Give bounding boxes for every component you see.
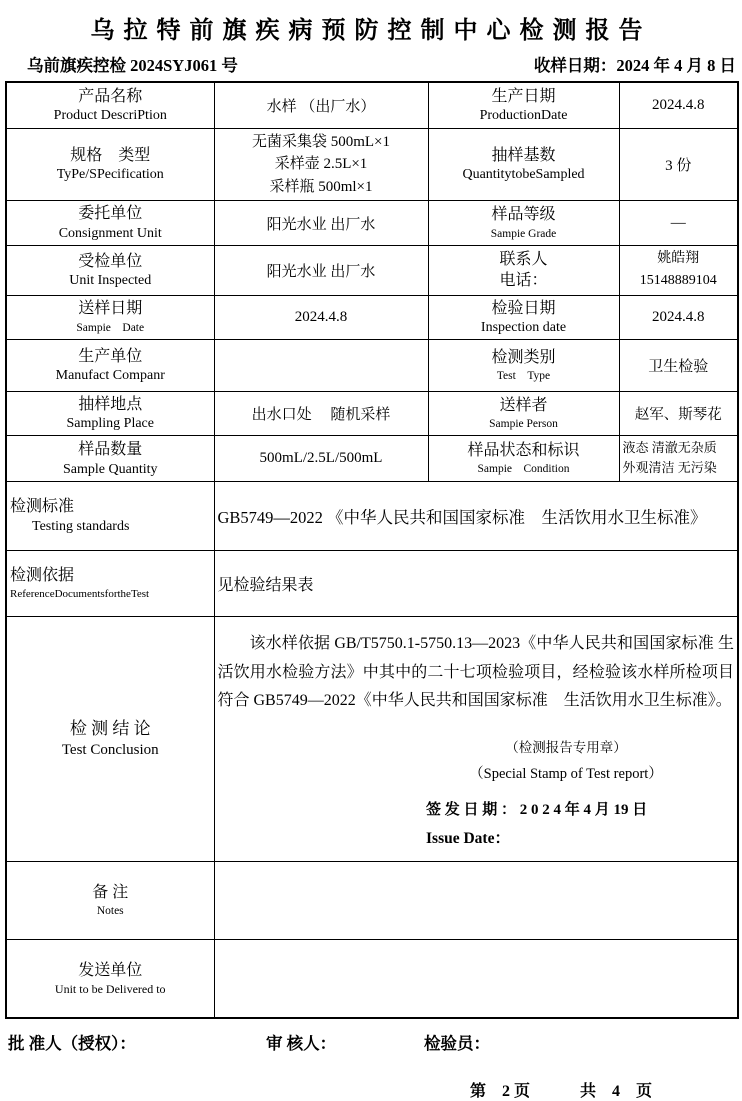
consignment-label-zh: 委托单位 [10, 203, 211, 225]
reference-label-en: ReferenceDocumentsfortheTest [10, 587, 211, 602]
sampling-place-label-en: Sampling Place [10, 415, 211, 433]
notes-label-cell: 备 注 Notes [6, 861, 214, 939]
inspection-date-label-en: Inspection date [432, 319, 616, 337]
page-number: 第 2 页 [470, 1078, 530, 1101]
test-type-label-cell: 检测类别 Test Type [428, 339, 619, 391]
consignment-value: 阳光水业 出厂水 [214, 201, 428, 246]
contact-label-zh: 联系人 [432, 249, 616, 271]
reference-label-zh: 检测依据 [10, 565, 211, 587]
report-table: 产品名称 Product DescriPtion 水样 （出厂水） 生产日期 P… [5, 81, 739, 1019]
table-row: 委托单位 Consignment Unit 阳光水业 出厂水 样品等级 Samp… [6, 201, 738, 246]
conclusion-label-cell: 检 测 结 论 Test Conclusion [6, 616, 214, 861]
notes-label-en: Notes [10, 903, 211, 919]
manufacturer-label-zh: 生产单位 [10, 346, 211, 368]
sample-base-label-cell: 抽样基数 QuantitytobeSampled [428, 128, 619, 201]
table-row: 受检单位 Unit Inspected 阳光水业 出厂水 联系人 电话： 姚皓翔… [6, 246, 738, 296]
spec-type-label-en: TyPe/SPecification [10, 166, 211, 184]
sample-grade-label-en: Sampie Grade [432, 226, 616, 242]
reference-value: 见检验结果表 [214, 550, 738, 616]
sample-quantity-label-zh: 样品数量 [10, 439, 211, 461]
consignment-label-cell: 委托单位 Consignment Unit [6, 201, 214, 246]
testing-standards-value: GB5749—2022 《中华人民共和国国家标准 生活饮用水卫生标准》 [214, 481, 738, 550]
table-row: 产品名称 Product DescriPtion 水样 （出厂水） 生产日期 P… [6, 82, 738, 128]
production-date-value: 2024.4.8 [619, 82, 738, 128]
test-type-value: 卫生检验 [619, 339, 738, 391]
conclusion-label-zh: 检 测 结 论 [10, 718, 211, 741]
sample-person-label-zh: 送样者 [432, 395, 616, 417]
sampling-place-label-cell: 抽样地点 Sampling Place [6, 391, 214, 435]
table-row: 检测标准 Testing standards GB5749—2022 《中华人民… [6, 481, 738, 550]
sample-quantity-value: 500mL/2.5L/500mL [214, 435, 428, 481]
report-header: 乌前旗疾控检 2024SYJ061 号 收样日期：2024 年 4 月 8 日 [5, 52, 737, 81]
inspection-date-label-zh: 检验日期 [432, 298, 616, 320]
testing-standards-label-cell: 检测标准 Testing standards [6, 481, 214, 550]
inspector-label: 检验员： [424, 1030, 490, 1054]
sampling-place-label-zh: 抽样地点 [10, 394, 211, 416]
unit-inspected-label-zh: 受检单位 [10, 251, 211, 273]
sample-grade-value: — [619, 201, 738, 246]
issue-date-block: 签 发 日 期 ： 2 0 2 4 年 4 月 19 日 Issue Date： [426, 798, 708, 848]
consignment-label-en: Consignment Unit [10, 225, 211, 243]
sample-quantity-label-en: Sample Quantity [10, 461, 211, 479]
table-row: 发送单位 Unit to be Delivered to [6, 939, 738, 1018]
reviewer-label: 审 核人： [266, 1030, 424, 1054]
sample-date-label-en: Sampie Date [10, 320, 211, 336]
production-date-label-zh: 生产日期 [432, 86, 616, 108]
issue-date-en: Issue Date： [426, 826, 708, 848]
table-row: 检 测 结 论 Test Conclusion 该水样依据 GB/T5750.1… [6, 616, 738, 861]
table-row: 抽样地点 Sampling Place 出水口处 随机采样 送样者 Sampie… [6, 391, 738, 435]
production-date-label-cell: 生产日期 ProductionDate [428, 82, 619, 128]
page-title: 乌拉特前旗疾病预防控制中心检测报告 [5, 10, 737, 45]
approver-label: 批 准人（授权）： [8, 1030, 266, 1054]
testing-standards-label-en: Testing standards [10, 518, 211, 536]
sample-person-label-cell: 送样者 Sampie Person [428, 391, 619, 435]
sample-person-label-en: Sampie Person [432, 416, 616, 432]
product-name-label-en: Product DescriPtion [10, 107, 211, 125]
sample-grade-label-zh: 样品等级 [432, 204, 616, 226]
report-number: 乌前旗疾控检 2024SYJ061 号 [27, 52, 238, 76]
phone-label-zh: 电话： [432, 270, 616, 292]
sample-base-label-zh: 抽样基数 [432, 145, 616, 167]
delivery-value [214, 939, 738, 1018]
unit-inspected-label-en: Unit Inspected [10, 272, 211, 290]
testing-standards-label-zh: 检测标准 [10, 496, 211, 518]
product-name-label-cell: 产品名称 Product DescriPtion [6, 82, 214, 128]
table-row: 送样日期 Sampie Date 2024.4.8 检验日期 Inspectio… [6, 295, 738, 339]
sample-base-label-en: QuantitytobeSampled [432, 166, 616, 184]
report-page: 乌拉特前旗疾病预防控制中心检测报告 乌前旗疾控检 2024SYJ061 号 收样… [0, 0, 742, 1101]
table-row: 备 注 Notes [6, 861, 738, 939]
conclusion-label-en: Test Conclusion [10, 741, 211, 760]
sample-condition-value: 液态 清澈无杂质 外观清洁 无污染 [619, 435, 738, 481]
sample-date-label-zh: 送样日期 [10, 298, 211, 320]
delivery-label-en: Unit to be Delivered to [10, 981, 211, 998]
receive-date: 收样日期：2024 年 4 月 8 日 [534, 52, 736, 76]
sample-date-label-cell: 送样日期 Sampie Date [6, 295, 214, 339]
signature-row: 批 准人（授权）： 审 核人： 检验员： [5, 1030, 737, 1054]
sample-quantity-label-cell: 样品数量 Sample Quantity [6, 435, 214, 481]
product-name-value: 水样 （出厂水） [214, 82, 428, 128]
unit-inspected-value: 阳光水业 出厂水 [214, 246, 428, 296]
notes-label-zh: 备 注 [10, 882, 211, 904]
sample-base-value: 3 份 [619, 128, 738, 201]
table-row: 生产单位 Manufact Companr 检测类别 Test Type 卫生检… [6, 339, 738, 391]
sample-condition-label-en: Sampie Condition [432, 461, 616, 477]
contact-label-cell: 联系人 电话： [428, 246, 619, 296]
sample-condition-label-zh: 样品状态和标识 [432, 440, 616, 462]
test-type-label-en: Test Type [432, 368, 616, 384]
manufacturer-label-en: Manufact Companr [10, 367, 211, 385]
test-type-label-zh: 检测类别 [432, 347, 616, 369]
stamp-block: （检测报告专用章） （Special Stamp of Test report） [426, 736, 706, 783]
conclusion-paragraph: 该水样依据 GB/T5750.1-5750.13—2023《中华人民共和国国家标… [218, 630, 735, 715]
page-total: 共 4 页 [580, 1078, 652, 1101]
sample-grade-label-cell: 样品等级 Sampie Grade [428, 201, 619, 246]
spec-type-label-cell: 规格 类型 TyPe/SPecification [6, 128, 214, 201]
sample-date-value: 2024.4.8 [214, 295, 428, 339]
delivery-label-zh: 发送单位 [10, 960, 211, 982]
sampling-place-value: 出水口处 随机采样 [214, 391, 428, 435]
product-name-label-zh: 产品名称 [10, 86, 211, 108]
inspection-date-label-cell: 检验日期 Inspection date [428, 295, 619, 339]
conclusion-value-cell: 该水样依据 GB/T5750.1-5750.13—2023《中华人民共和国国家标… [214, 616, 738, 861]
page-footer: 第 2 页 共 4 页 [5, 1078, 737, 1101]
sample-condition-label-cell: 样品状态和标识 Sampie Condition [428, 435, 619, 481]
manufacturer-value [214, 339, 428, 391]
sample-person-value: 赵军、斯琴花 [619, 391, 738, 435]
stamp-label-en: （Special Stamp of Test report） [426, 762, 706, 783]
table-row: 规格 类型 TyPe/SPecification 无菌采集袋 500mL×1 采… [6, 128, 738, 201]
issue-date-zh: 签 发 日 期 ： 2 0 2 4 年 4 月 19 日 [426, 798, 708, 819]
stamp-label-zh: （检测报告专用章） [426, 736, 706, 756]
unit-inspected-label-cell: 受检单位 Unit Inspected [6, 246, 214, 296]
reference-label-cell: 检测依据 ReferenceDocumentsfortheTest [6, 550, 214, 616]
table-row: 样品数量 Sample Quantity 500mL/2.5L/500mL 样品… [6, 435, 738, 481]
spec-type-label-zh: 规格 类型 [10, 145, 211, 167]
delivery-label-cell: 发送单位 Unit to be Delivered to [6, 939, 214, 1018]
contact-value: 姚皓翔 15148889104 [619, 246, 738, 296]
spec-type-value: 无菌采集袋 500mL×1 采样壶 2.5L×1 采样瓶 500ml×1 [214, 128, 428, 201]
notes-value [214, 861, 738, 939]
manufacturer-label-cell: 生产单位 Manufact Companr [6, 339, 214, 391]
table-row: 检测依据 ReferenceDocumentsfortheTest 见检验结果表 [6, 550, 738, 616]
production-date-label-en: ProductionDate [432, 107, 616, 125]
inspection-date-value: 2024.4.8 [619, 295, 738, 339]
